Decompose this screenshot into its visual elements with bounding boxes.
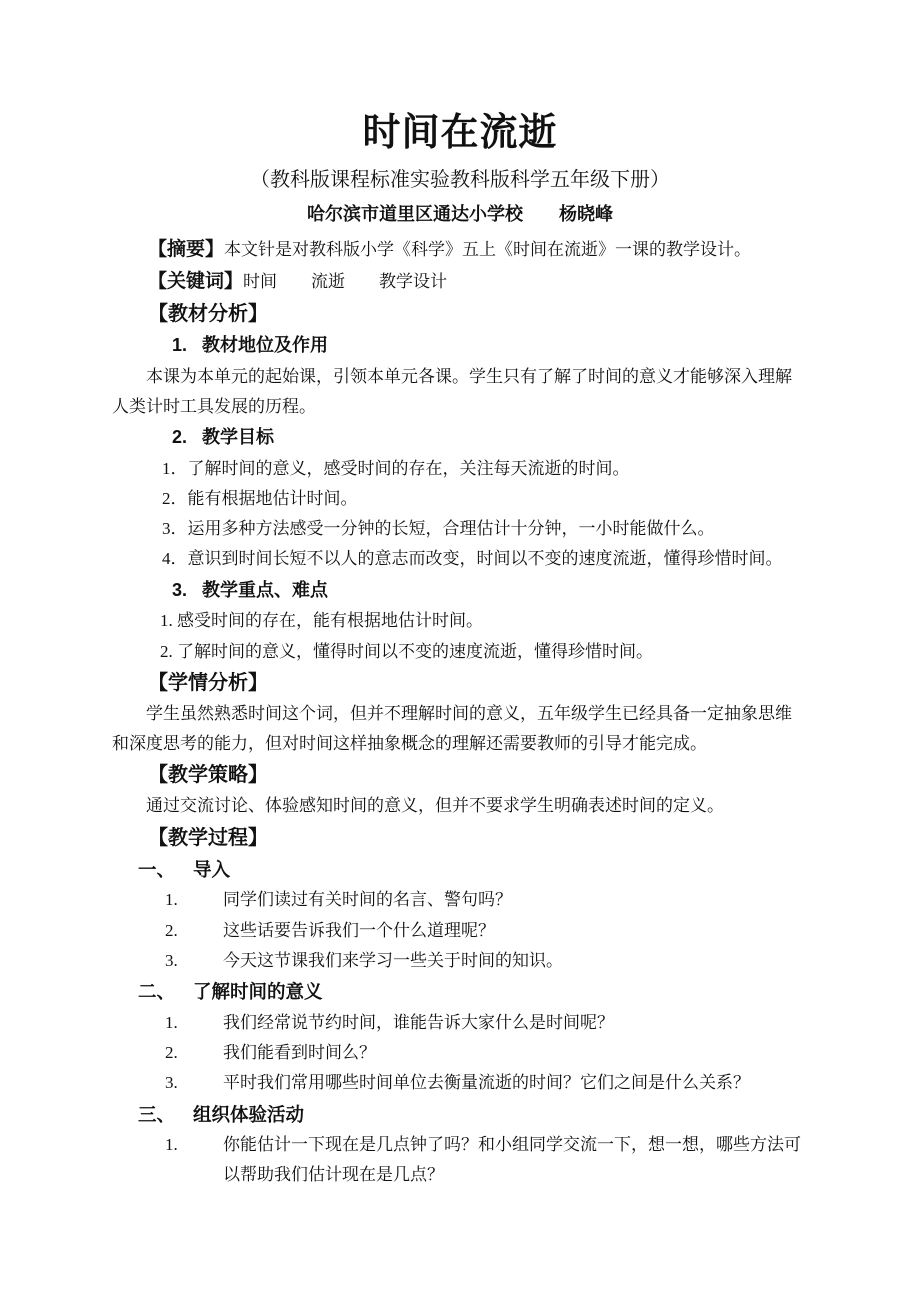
process-step: 3. 平时我们常用哪些时间单位去衡量流逝的时间？它们之间是什么关系？	[112, 1068, 808, 1098]
objective-item-4: 4．意识到时间长短不以人的意志而改变，时间以不变的速度流逝，懂得珍惜时间。	[112, 544, 808, 574]
keywords-text: 时间 流逝 教学设计	[243, 272, 447, 291]
heading-text: 教学重点、难点	[202, 575, 328, 607]
abstract-line: 【摘要】本文针是对教科版小学《科学》五上《时间在流逝》一课的教学设计。	[148, 234, 808, 266]
objective-item-1: 1．了解时间的意义，感受时间的存在，关注每天流逝的时间。	[112, 454, 808, 484]
process-step: 1. 你能估计一下现在是几点钟了吗？和小组同学交流一下，想一想，哪些方法可 以帮…	[112, 1130, 808, 1191]
process-step: 1. 我们经常说节约时间，谁能告诉大家什么是时间呢？	[112, 1008, 808, 1038]
heading-number: 1.	[172, 330, 202, 362]
para-strategy-line-1: 通过交流讨论、体验感知时间的意义，但并不要求学生明确表述时间的定义。	[112, 791, 808, 821]
section-header-learner-analysis: 【学情分析】	[148, 667, 808, 699]
section-header-material-analysis: 【教材分析】	[148, 298, 808, 330]
process-part-3-heading: 三、 组织体验活动	[112, 1099, 808, 1131]
step-number: 2.	[165, 1038, 223, 1068]
objective-item-3: 3．运用多种方法感受一分钟的长短，合理估计十分钟，一小时能做什么。	[112, 514, 808, 544]
process-part-2-heading: 二、 了解时间的意义	[112, 976, 808, 1008]
step-number: 1.	[165, 1008, 223, 1038]
part-title: 了解时间的意义	[193, 976, 323, 1008]
heading-text: 教学目标	[202, 422, 274, 454]
step-number: 1.	[165, 1130, 223, 1191]
step-text-line-2: 以帮助我们估计现在是几点？	[223, 1160, 808, 1190]
section-header-teaching-strategy: 【教学策略】	[148, 759, 808, 791]
step-text: 同学们读过有关时间的名言、警句吗？	[223, 885, 808, 915]
doc-subtitle: （教科版课程标准实验教科版科学五年级下册）	[112, 162, 808, 198]
para-material-line-1: 本课为本单元的起始课，引领本单元各课。学生只有了解了时间的意义才能够深入理解	[112, 362, 808, 392]
doc-author: 哈尔滨市道里区通达小学校 杨晓峰	[112, 198, 808, 230]
step-text: 平时我们常用哪些时间单位去衡量流逝的时间？它们之间是什么关系？	[223, 1068, 808, 1098]
document-page: 时间在流逝 （教科版课程标准实验教科版科学五年级下册） 哈尔滨市道里区通达小学校…	[0, 0, 920, 1302]
point-item-2: 2. 了解时间的意义，懂得时间以不变的速度流逝，懂得珍惜时间。	[112, 637, 808, 667]
abstract-text: 本文针是对教科版小学《科学》五上《时间在流逝》一课的教学设计。	[224, 240, 751, 259]
heading-key-difficult-points: 3. 教学重点、难点	[112, 575, 808, 607]
process-step: 1. 同学们读过有关时间的名言、警句吗？	[112, 885, 808, 915]
process-step: 2. 我们能看到时间么？	[112, 1038, 808, 1068]
para-learner-line-2: 和深度思考的能力，但对时间这样抽象概念的理解还需要教师的引导才能完成。	[112, 729, 808, 759]
para-material-line-2: 人类计时工具发展的历程。	[112, 392, 808, 422]
process-part-1-heading: 一、 导入	[112, 854, 808, 886]
step-text: 我们能看到时间么？	[223, 1038, 808, 1068]
part-number: 三、	[112, 1099, 193, 1131]
process-step: 3. 今天这节课我们来学习一些关于时间的知识。	[112, 946, 808, 976]
heading-number: 2.	[172, 422, 202, 454]
heading-textbook-position: 1. 教材地位及作用	[112, 330, 808, 362]
step-text: 你能估计一下现在是几点钟了吗？和小组同学交流一下，想一想，哪些方法可 以帮助我们…	[223, 1130, 808, 1191]
para-learner-line-1: 学生虽然熟悉时间这个词，但并不理解时间的意义，五年级学生已经具备一定抽象思维	[112, 699, 808, 729]
process-step: 2. 这些话要告诉我们一个什么道理呢？	[112, 916, 808, 946]
step-text: 这些话要告诉我们一个什么道理呢？	[223, 916, 808, 946]
abstract-label: 【摘要】	[148, 239, 224, 260]
part-title: 组织体验活动	[193, 1099, 304, 1131]
part-number: 二、	[112, 976, 193, 1008]
heading-teaching-objectives: 2. 教学目标	[112, 422, 808, 454]
heading-text: 教材地位及作用	[202, 330, 328, 362]
doc-title: 时间在流逝	[112, 104, 808, 162]
step-number: 1.	[165, 885, 223, 915]
section-header-teaching-process: 【教学过程】	[148, 822, 808, 854]
part-number: 一、	[112, 854, 193, 886]
step-text: 今天这节课我们来学习一些关于时间的知识。	[223, 946, 808, 976]
point-item-1: 1. 感受时间的存在，能有根据地估计时间。	[112, 606, 808, 636]
step-number: 2.	[165, 916, 223, 946]
step-number: 3.	[165, 946, 223, 976]
part-title: 导入	[193, 854, 230, 886]
step-number: 3.	[165, 1068, 223, 1098]
step-text: 我们经常说节约时间，谁能告诉大家什么是时间呢？	[223, 1008, 808, 1038]
keywords-line: 【关键词】时间 流逝 教学设计	[148, 266, 808, 298]
step-text-line-1: 你能估计一下现在是几点钟了吗？和小组同学交流一下，想一想，哪些方法可	[223, 1130, 808, 1160]
heading-number: 3.	[172, 575, 202, 607]
objective-item-2: 2．能有根据地估计时间。	[112, 484, 808, 514]
keywords-label: 【关键词】	[148, 271, 243, 292]
